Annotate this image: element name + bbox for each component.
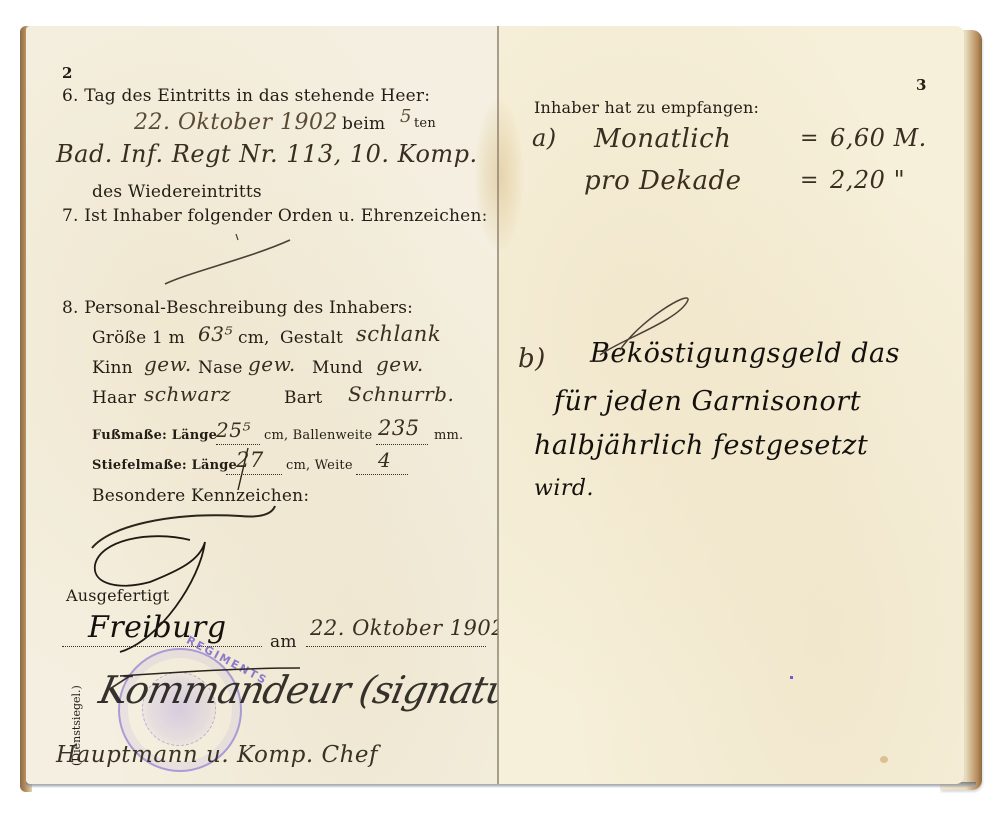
item-a-row1-label: Monatlich (594, 124, 731, 154)
foot-length: 25⁵ (216, 418, 251, 442)
stain-spot (880, 756, 888, 763)
height-unit: cm, (238, 328, 270, 348)
hair-value: schwarz (144, 382, 231, 406)
item6-beim-number: 5 (400, 106, 412, 127)
foot-length-unit: cm, Ballenweite (264, 428, 372, 443)
item-a-row2-label: pro Dekade (584, 166, 742, 196)
issued-date: 22. Oktober 1902 (310, 616, 498, 640)
right-page: 3 Inhaber hat zu empfangen: a) Monatlich… (498, 26, 964, 784)
mouth-label: Mund (312, 358, 363, 378)
nose-label: Nase (198, 358, 243, 378)
beard-label: Bart (284, 388, 322, 408)
page-number-right: 3 (916, 76, 927, 94)
scan-scene: 2 6. Tag des Eintritts in das stehende H… (0, 0, 1000, 816)
item-b-marker: b) (518, 344, 546, 374)
item-b-line1: Beköstigungsgeld das (590, 338, 900, 369)
height-value: 63⁵ (198, 322, 233, 346)
item-b-line4: wird. (534, 476, 594, 501)
item6-beim-suffix: ten (414, 116, 436, 131)
foot-width-dotted-line (376, 444, 428, 445)
item-b-line3: halbjährlich festgesetzt (534, 430, 868, 461)
item7-label: 7. Ist Inhaber folgender Orden u. Ehrenz… (62, 206, 488, 226)
item-a-row1-eq: = (800, 126, 819, 151)
item-b-line2: für jeden Garnisonort (554, 386, 861, 417)
page-number-left: 2 (62, 64, 73, 82)
issued-place: Freiburg (88, 610, 227, 645)
mouth-value: gew. (376, 352, 424, 376)
item-a-row2-value: 2,20 " (830, 166, 905, 194)
signature-title: Hauptmann u. Komp. Chef (56, 742, 378, 768)
boot-length-unit: cm, Weite (286, 458, 353, 473)
item6-reentry-label: des Wiedereintritts (92, 182, 262, 202)
issued-label: Ausgefertigt (66, 586, 169, 605)
boot-length-dotted-line (226, 474, 282, 475)
beard-value: Schnurrb. (348, 382, 454, 406)
issued-am-label: am (270, 632, 297, 652)
chin-label: Kinn (92, 358, 133, 378)
item8-label: 8. Personal-Beschreibung des Inhabers: (62, 298, 413, 318)
foot-width-unit: mm. (434, 428, 463, 443)
item-a-row2-eq: = (800, 168, 819, 193)
item-a-marker: a) (532, 124, 557, 152)
spine-fold (497, 26, 499, 784)
item6-entry-unit: Bad. Inf. Regt Nr. 113, 10. Komp. (56, 140, 478, 168)
foot-length-dotted-line (216, 444, 260, 445)
chin-value: gew. (144, 352, 192, 376)
item6-beim-label: beim (342, 114, 385, 134)
nose-value: gew. (248, 352, 296, 376)
boot-length: 27 (236, 448, 264, 472)
issued-date-dotted-line (306, 646, 486, 647)
ink-speck (790, 676, 793, 679)
build-value: schlank (356, 322, 441, 346)
height-label: Größe 1 m (92, 328, 185, 348)
boot-label: Stiefelmaße: Länge (92, 458, 237, 473)
foot-label: Fußmaße: Länge (92, 428, 217, 443)
special-marks-label: Besondere Kennzeichen: (92, 486, 309, 506)
build-label: Gestalt (280, 328, 343, 348)
issued-place-dotted-line (62, 646, 262, 647)
fold-water-stain (475, 100, 523, 250)
commander-signature: Kommandeur (signature) (95, 668, 498, 712)
receive-heading: Inhaber hat zu empfangen: (534, 98, 759, 117)
item6-label: 6. Tag des Eintritts in das stehende Hee… (62, 86, 430, 106)
hair-label: Haar (92, 388, 136, 408)
item-a-row1-value: 6,60 M. (830, 124, 927, 152)
item6-entry-date: 22. Oktober 1902 (134, 110, 338, 135)
boot-width: 4 (378, 448, 391, 472)
boot-width-dotted-line (356, 474, 408, 475)
left-page: 2 6. Tag des Eintritts in das stehende H… (26, 26, 498, 784)
foot-width: 235 (378, 416, 420, 440)
